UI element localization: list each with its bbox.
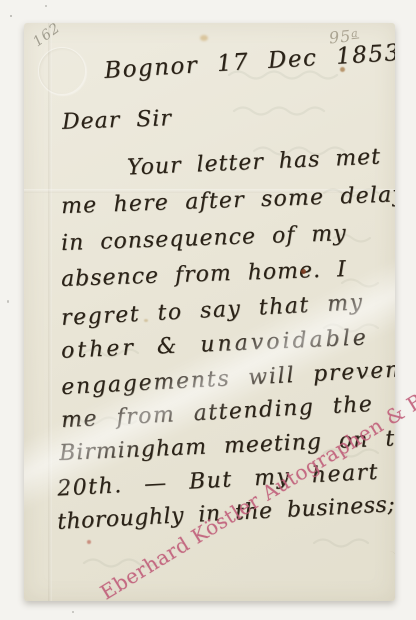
dust-speck [72, 611, 74, 613]
letter-photograph: 162 95a Bognor 17 Dec 1853 Dear Sir Your… [0, 0, 416, 620]
fox-spot [144, 319, 148, 322]
fox-spot [200, 35, 208, 41]
dust-speck [45, 5, 47, 7]
fox-spot [301, 269, 306, 274]
dust-speck [7, 300, 9, 303]
dust-speck [10, 15, 12, 17]
fox-spot [87, 540, 91, 544]
fox-spot [340, 67, 345, 72]
letter-salutation: Dear Sir [62, 106, 173, 135]
pencil-number-suffix: a [350, 26, 359, 40]
